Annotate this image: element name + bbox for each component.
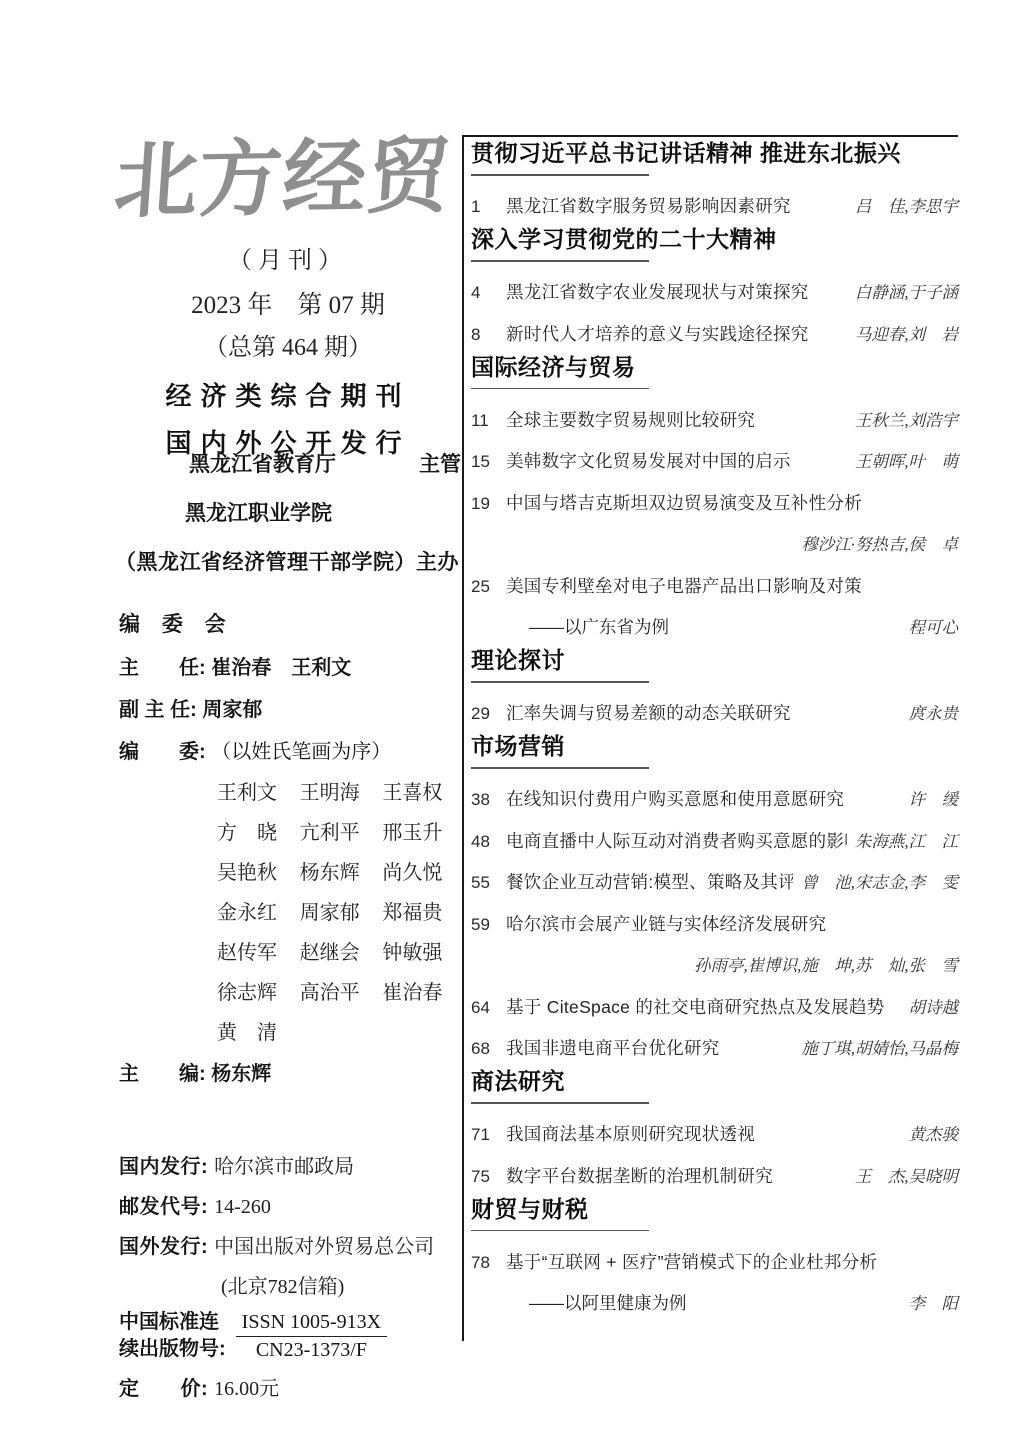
committee-member-name: 徐志辉: [217, 976, 300, 1005]
toc-section: 理论探讨29汇率失调与贸易差额的动态关联研究庹永贵: [471, 647, 958, 724]
toc-entry-authors: 程可心: [909, 617, 959, 638]
toc-entry-page-number: 75: [471, 1166, 506, 1187]
committee-label-row: 编 委: （以姓氏笔画为序）: [119, 735, 461, 764]
toc-section-header: 深入学习贯彻党的二十大精神: [471, 226, 958, 253]
toc-entry-authors: 孙雨亭,崔博识,施 坤,苏 灿,张 雪: [694, 955, 958, 976]
toc-entry-title: 基于 CiteSpace 的社交电商研究热点及发展趋势: [506, 997, 901, 1018]
total-issue-line: （总第 464 期）: [115, 327, 461, 362]
toc-entry-title: 在线知识付费用户购买意愿和使用意愿研究: [506, 789, 901, 810]
toc-entry-title: 我国商法基本原则研究现状透视: [506, 1124, 901, 1145]
toc-section: 深入学习贯彻党的二十大精神4黑龙江省数字农业发展现状与对策探究白静涵,于子涵8新…: [471, 226, 958, 345]
journal-info-column: 北方经贸 （月刊） 2023 年 第 07 期 （总第 464 期） 经济类综合…: [115, 128, 461, 460]
toc-entry-authors: 许 缓: [909, 789, 959, 810]
committee-note: （以姓氏笔画为序）: [211, 741, 391, 763]
toc-entry-subtitle-line: ——以阿里健康为例李 阳: [471, 1293, 958, 1314]
toc-entry-page-number: 8: [471, 324, 506, 345]
toc-section: 贯彻习近平总书记讲话精神 推进东北振兴1黑龙江省数字服务贸易影响因素研究吕 佳,…: [471, 140, 958, 217]
toc-entry-title: 哈尔滨市会展产业链与实体经济发展研究: [506, 914, 958, 935]
issn-row: 中国标准连 续出版物号: ISSN 1005-913X CN23-1373/F: [119, 1309, 461, 1363]
toc-entry-authors: 庹永贵: [909, 703, 959, 724]
chief-editor-name: 杨东辉: [211, 1063, 271, 1085]
publication-rows: 国内发行:哈尔滨市邮政局邮发代号:14-260国外发行:中国出版对外贸易总公司(…: [119, 1150, 461, 1299]
deputy-name: 周家郁: [202, 699, 262, 721]
committee-member-name: 金永红: [217, 896, 300, 925]
toc-entry-authors: 黄杰骏: [909, 1124, 959, 1145]
toc-entry-authors: 李 阳: [909, 1293, 959, 1314]
publication-row-label: 邮发代号:: [119, 1190, 208, 1219]
toc-entry: 15美韩数字文化贸易发展对中国的启示王朝晖,叶 萌: [471, 451, 958, 472]
toc-entry-authors: 胡诗越: [909, 997, 959, 1018]
committee-member-name: 周家郁: [300, 896, 383, 925]
journal-title-calligraphy: 北方经贸: [111, 125, 464, 231]
toc-entry-subtitle-line: ——以广东省为例程可心: [471, 617, 958, 638]
toc-entry-title: 数字平台数据垄断的治理机制研究: [506, 1166, 847, 1187]
toc-entry-authors: 朱海燕,江 江: [855, 831, 958, 852]
table-of-contents: 贯彻习近平总书记讲话精神 推进东北振兴1黑龙江省数字服务贸易影响因素研究吕 佳,…: [471, 140, 958, 1314]
committee-member-name: 亢利平: [300, 816, 383, 845]
committee-member-name: 方 晓: [217, 816, 300, 845]
monthly-label: （月刊）: [115, 240, 461, 275]
toc-entry-page-number: 78: [471, 1252, 506, 1273]
toc-entry-authors: 曾 池,宋志金,李 雯: [801, 872, 958, 893]
publication-row-label: 国外发行:: [119, 1230, 208, 1259]
toc-entry-authors: 穆沙江·努热吉,侯 卓: [801, 534, 958, 555]
editorial-board-block: 编 委 会 主 任: 崔治春 王利文 副 主 任: 周家郁 编 委: （以姓氏笔…: [119, 608, 461, 1086]
section-header-rule: [471, 174, 649, 176]
toc-top-rule: [462, 135, 958, 137]
section-header-rule: [471, 1230, 649, 1232]
committee-member-name: 杨东辉: [300, 856, 383, 885]
section-header-rule: [471, 1102, 649, 1104]
publication-row: 邮发代号:14-260: [119, 1190, 461, 1219]
deputy-director-row: 副 主 任: 周家郁: [119, 693, 461, 722]
toc-entry-title: 电商直播中人际互动对消费者购买意愿的影响: [506, 831, 847, 852]
publication-row-value: 哈尔滨市邮政局: [214, 1150, 354, 1179]
toc-section: 商法研究71我国商法基本原则研究现状透视黄杰骏75数字平台数据垄断的治理机制研究…: [471, 1068, 958, 1187]
director-label: 主 任:: [119, 657, 206, 679]
price-value: 16.00元: [214, 1372, 279, 1401]
committee-member-name: 王喜权: [382, 776, 465, 805]
toc-section-header: 财贸与财税: [471, 1196, 958, 1223]
toc-entry-page-number: 19: [471, 493, 506, 514]
publication-row-value: 中国出版对外贸易总公司: [214, 1230, 434, 1259]
toc-entry: 29汇率失调与贸易差额的动态关联研究庹永贵: [471, 703, 958, 724]
committee-member-name: 王利文: [217, 776, 300, 805]
toc-entry: 75数字平台数据垄断的治理机制研究王 杰,吴晓明: [471, 1166, 958, 1187]
toc-entry-authors: 王秋兰,刘浩宇: [855, 410, 958, 431]
toc-entry-page-number: 48: [471, 831, 506, 852]
toc-entry: 38在线知识付费用户购买意愿和使用意愿研究许 缓: [471, 789, 958, 810]
publication-row: (北京782信箱): [119, 1270, 461, 1299]
toc-entry-authors: 王 杰,吴晓明: [855, 1166, 958, 1187]
toc-entry-title: 美韩数字文化贸易发展对中国的启示: [506, 451, 847, 472]
toc-entry: 71我国商法基本原则研究现状透视黄杰骏: [471, 1124, 958, 1145]
publication-row: 国外发行:中国出版对外贸易总公司: [119, 1230, 461, 1259]
chief-editor-label: 主 编:: [119, 1063, 206, 1085]
toc-entry: 11全球主要数字贸易规则比较研究王秋兰,刘浩宇: [471, 410, 958, 431]
committee-name-grid: 王利文王明海王喜权方 晓亢利平邢玉升吴艳秋杨东辉尚久悦金永红周家郁郑福贵赵传军赵…: [217, 776, 465, 1045]
editorial-board-title: 编 委 会: [119, 608, 461, 638]
price-row: 定 价: 16.00元: [119, 1372, 461, 1401]
toc-entry: 25美国专利壁垒对电子电器产品出口影响及对策: [471, 576, 958, 597]
committee-grid-spacer: [300, 1016, 383, 1045]
toc-entry-title: 黑龙江省数字服务贸易影响因素研究: [506, 196, 847, 217]
toc-entry-page-number: 38: [471, 789, 506, 810]
cn-code: CN23-1373/F: [236, 1337, 387, 1362]
organizer-block: 黑龙江省教育厅 主管 黑龙江职业学院 （黑龙江省经济管理干部学院）主办: [115, 448, 461, 576]
toc-entry: 59哈尔滨市会展产业链与实体经济发展研究: [471, 914, 958, 935]
publication-row: 国内发行:哈尔滨市邮政局: [119, 1150, 461, 1179]
toc-section-header: 贯彻习近平总书记讲话精神 推进东北振兴: [471, 140, 958, 167]
toc-entry-page-number: 71: [471, 1124, 506, 1145]
toc-entry-page-number: 1: [471, 196, 506, 217]
committee-member-name: 黄 清: [217, 1016, 300, 1045]
toc-entry-page-number: 55: [471, 872, 506, 893]
toc-entry-authors: 马迎春,刘 岩: [855, 324, 958, 345]
committee-grid-spacer: [382, 1016, 465, 1045]
toc-entry: 8新时代人才培养的意义与实践途径探究马迎春,刘 岩: [471, 324, 958, 345]
toc-entry-page-number: 4: [471, 282, 506, 303]
toc-entry-page-number: 68: [471, 1038, 506, 1059]
toc-entry: 68我国非遗电商平台优化研究施丁琪,胡婧怡,马晶梅: [471, 1038, 958, 1059]
toc-entry: 64基于 CiteSpace 的社交电商研究热点及发展趋势胡诗越: [471, 997, 958, 1018]
committee-member-name: 郑福贵: [382, 896, 465, 925]
toc-entry-authors: 白静涵,于子涵: [855, 282, 958, 303]
toc-entry-title: 全球主要数字贸易规则比较研究: [506, 410, 847, 431]
toc-section: 市场营销38在线知识付费用户购买意愿和使用意愿研究许 缓48电商直播中人际互动对…: [471, 733, 958, 1059]
toc-entry-title: 中国与塔吉克斯坦双边贸易演变及互补性分析: [506, 493, 958, 514]
toc-entry: 19中国与塔吉克斯坦双边贸易演变及互补性分析: [471, 493, 958, 514]
toc-entry: 48电商直播中人际互动对消费者购买意愿的影响朱海燕,江 江: [471, 831, 958, 852]
publication-info-block: 国内发行:哈尔滨市邮政局邮发代号:14-260国外发行:中国出版对外贸易总公司(…: [119, 1150, 461, 1401]
committee-member-name: 赵继会: [300, 936, 383, 965]
director-row: 主 任: 崔治春 王利文: [119, 651, 461, 680]
toc-entry-authors: 吕 佳,李思宇: [855, 196, 958, 217]
tagline-category: 经济类综合期刊: [115, 376, 461, 413]
committee-member-name: 王明海: [300, 776, 383, 805]
price-label: 定 价:: [119, 1372, 208, 1401]
toc-entry-title: 新时代人才培养的意义与实践途径探究: [506, 324, 847, 345]
host-name: 黑龙江职业学院: [115, 497, 461, 527]
committee-member-name: 吴艳秋: [217, 856, 300, 885]
toc-section: 财贸与财税78基于“互联网 + 医疗”营销模式下的企业杜邦分析——以阿里健康为例…: [471, 1196, 958, 1315]
toc-entry-page-number: 29: [471, 703, 506, 724]
toc-entry-title: 基于“互联网 + 医疗”营销模式下的企业杜邦分析: [506, 1252, 958, 1273]
director-names: 崔治春 王利文: [211, 657, 351, 679]
publication-row-value: (北京782信箱): [221, 1270, 344, 1299]
toc-entry-authors: 施丁琪,胡婧怡,马晶梅: [801, 1038, 958, 1059]
deputy-label: 副 主 任:: [119, 699, 197, 721]
toc-section-header: 国际经济与贸易: [471, 354, 958, 381]
toc-entry: 78基于“互联网 + 医疗”营销模式下的企业杜邦分析: [471, 1252, 958, 1273]
committee-member-name: 赵传军: [217, 936, 300, 965]
toc-entry-title: 美国专利壁垒对电子电器产品出口影响及对策: [506, 576, 958, 597]
issn-label: 中国标准连 续出版物号:: [119, 1309, 226, 1363]
issue-line: 2023 年 第 07 期: [115, 285, 461, 321]
toc-entry: 55餐饮企业互动营销:模型、策略及其评价曾 池,宋志金,李 雯: [471, 872, 958, 893]
toc-entry-title: 黑龙江省数字农业发展现状与对策探究: [506, 282, 847, 303]
toc-entry-title: 餐饮企业互动营销:模型、策略及其评价: [506, 872, 793, 893]
supervisor-name: 黑龙江省教育厅: [189, 448, 336, 478]
toc-entry-authors-line: 穆沙江·努热吉,侯 卓: [471, 534, 958, 555]
section-header-rule: [471, 681, 649, 683]
toc-entry: 4黑龙江省数字农业发展现状与对策探究白静涵,于子涵: [471, 282, 958, 303]
toc-section-header: 市场营销: [471, 733, 958, 760]
toc-entry-page-number: 64: [471, 997, 506, 1018]
journal-contents-page: 北方经贸 （月刊） 2023 年 第 07 期 （总第 464 期） 经济类综合…: [0, 0, 1024, 1448]
toc-entry-title: 汇率失调与贸易差额的动态关联研究: [506, 703, 901, 724]
toc-entry-page-number: 25: [471, 576, 506, 597]
toc-entry-page-number: 59: [471, 914, 506, 935]
section-header-rule: [471, 767, 649, 769]
supervisor-role: 主管: [419, 448, 461, 478]
publication-row-label: 国内发行:: [119, 1150, 208, 1179]
committee-member-name: 崔治春: [382, 976, 465, 1005]
committee-member-name: 高治平: [300, 976, 383, 1005]
toc-section-header: 理论探讨: [471, 647, 958, 674]
toc-entry-title: 我国非遗电商平台优化研究: [506, 1038, 793, 1059]
section-header-rule: [471, 260, 649, 262]
toc-entry-page-number: 11: [471, 410, 506, 431]
publication-row-value: 14-260: [214, 1196, 271, 1219]
toc-entry-authors-line: 孙雨亭,崔博识,施 坤,苏 灿,张 雪: [471, 955, 958, 976]
committee-member-name: 钟敏强: [382, 936, 465, 965]
committee-member-name: 尚久悦: [382, 856, 465, 885]
toc-entry-subtitle: ——以阿里健康为例: [529, 1293, 901, 1314]
toc-entry: 1黑龙江省数字服务贸易影响因素研究吕 佳,李思宇: [471, 196, 958, 217]
toc-section-header: 商法研究: [471, 1068, 958, 1095]
committee-label: 编 委:: [119, 741, 206, 763]
chief-editor-row: 主 编: 杨东辉: [119, 1057, 461, 1086]
supervisor-row: 黑龙江省教育厅 主管: [115, 448, 461, 478]
issn-cn-codes: ISSN 1005-913X CN23-1373/F: [236, 1311, 387, 1362]
toc-entry-page-number: 15: [471, 451, 506, 472]
committee-member-name: 邢玉升: [382, 816, 465, 845]
issn-code: ISSN 1005-913X: [236, 1311, 387, 1337]
column-divider-rule: [462, 135, 464, 1341]
host-alt-name: （黑龙江省经济管理干部学院）主办: [115, 546, 461, 576]
toc-entry-subtitle: ——以广东省为例: [529, 617, 901, 638]
toc-entry-authors: 王朝晖,叶 萌: [855, 451, 958, 472]
section-header-rule: [471, 388, 649, 390]
toc-section: 国际经济与贸易11全球主要数字贸易规则比较研究王秋兰,刘浩宇15美韩数字文化贸易…: [471, 354, 958, 639]
